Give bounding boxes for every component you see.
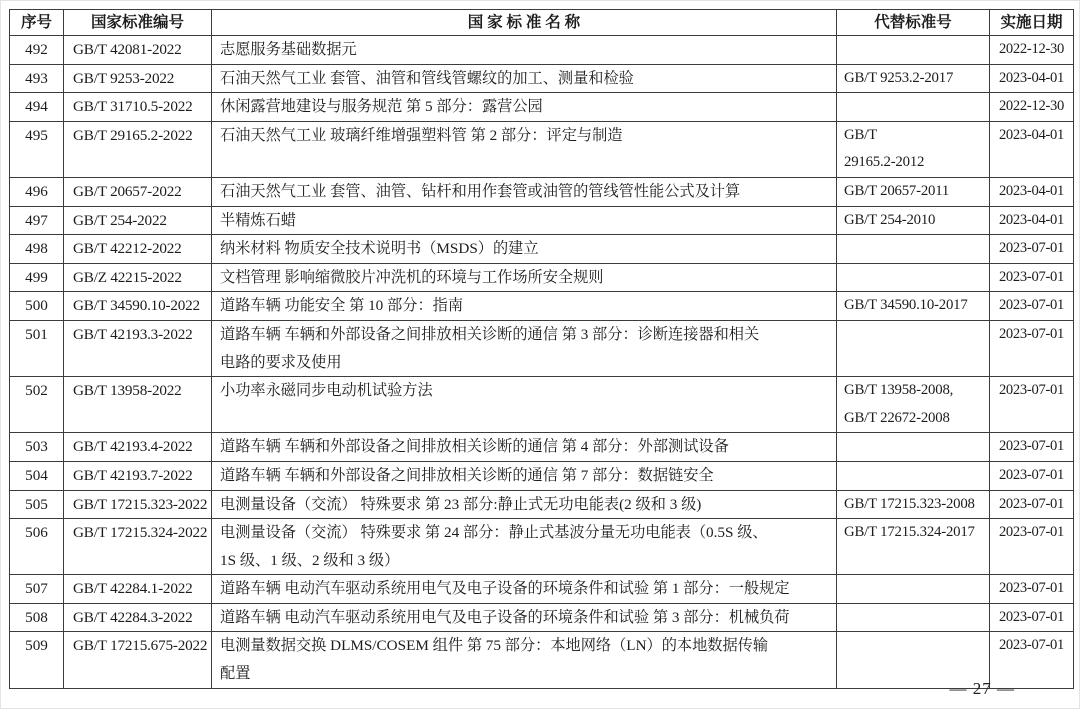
table-row: 495 GB/T 29165.2-2022 石油天然气工业 玻璃纤维增强塑料管 … <box>10 121 1074 177</box>
cell-implementation-date: 2022-12-30 <box>990 93 1074 122</box>
table-row: 493 GB/T 9253-2022 石油天然气工业 套管、油管和管线管螺纹的加… <box>10 64 1074 93</box>
cell-replaced-standard: GB/T 29165.2-2012 <box>837 121 990 177</box>
cell-standard-name: 道路车辆 电动汽车驱动系统用电气及电子设备的环境条件和试验 第 3 部分：机械负… <box>212 603 837 632</box>
cell-replaced-standard <box>837 433 990 462</box>
cell-serial-number: 493 <box>10 64 64 93</box>
cell-implementation-date: 2023-07-01 <box>990 292 1074 321</box>
cell-standard-name: 志愿服务基础数据元 <box>212 36 837 65</box>
cell-implementation-date: 2023-04-01 <box>990 64 1074 93</box>
cell-standard-name: 小功率永磁同步电动机试验方法 <box>212 377 837 433</box>
cell-standard-name: 道路车辆 车辆和外部设备之间排放相关诊断的通信 第 7 部分：数据链安全 <box>212 461 837 490</box>
cell-serial-number: 492 <box>10 36 64 65</box>
table-row: 496 GB/T 20657-2022 石油天然气工业 套管、油管、钻杆和用作套… <box>10 177 1074 206</box>
cell-serial-number: 495 <box>10 121 64 177</box>
table-row: 498 GB/T 42212-2022 纳米材料 物质安全技术说明书（MSDS）… <box>10 235 1074 264</box>
cell-standard-name: 道路车辆 功能安全 第 10 部分：指南 <box>212 292 837 321</box>
cell-standard-name: 半精炼石蜡 <box>212 206 837 235</box>
cell-serial-number: 500 <box>10 292 64 321</box>
cell-implementation-date: 2022-12-30 <box>990 36 1074 65</box>
page-number: — 27 — <box>950 679 1016 699</box>
cell-standard-name: 石油天然气工业 套管、油管和管线管螺纹的加工、测量和检验 <box>212 64 837 93</box>
cell-serial-number: 499 <box>10 263 64 292</box>
cell-replaced-standard: GB/T 13958-2008, GB/T 22672-2008 <box>837 377 990 433</box>
cell-replaced-standard <box>837 93 990 122</box>
cell-serial-number: 497 <box>10 206 64 235</box>
col-header-standard-name: 国 家 标 准 名 称 <box>212 10 837 36</box>
cell-standard-name: 休闲露营地建设与服务规范 第 5 部分：露营公园 <box>212 93 837 122</box>
cell-standard-name: 道路车辆 车辆和外部设备之间排放相关诊断的通信 第 4 部分：外部测试设备 <box>212 433 837 462</box>
table-body: 492 GB/T 42081-2022 志愿服务基础数据元 2022-12-30… <box>10 36 1074 689</box>
cell-implementation-date: 2023-07-01 <box>990 377 1074 433</box>
cell-serial-number: 507 <box>10 575 64 604</box>
cell-standard-name: 石油天然气工业 玻璃纤维增强塑料管 第 2 部分：评定与制造 <box>212 121 837 177</box>
cell-standard-name: 道路车辆 车辆和外部设备之间排放相关诊断的通信 第 3 部分：诊断连接器和相关 … <box>212 320 837 376</box>
cell-implementation-date: 2023-07-01 <box>990 263 1074 292</box>
cell-replaced-standard: GB/T 17215.324-2017 <box>837 519 990 575</box>
cell-implementation-date: 2023-04-01 <box>990 121 1074 177</box>
cell-replaced-standard: GB/T 254-2010 <box>837 206 990 235</box>
cell-standard-code: GB/T 13958-2022 <box>64 377 212 433</box>
table-row: 505 GB/T 17215.323-2022 电测量设备（交流） 特殊要求 第… <box>10 490 1074 519</box>
cell-standard-code: GB/T 42081-2022 <box>64 36 212 65</box>
cell-standard-name: 电测量设备（交流） 特殊要求 第 24 部分：静止式基波分量无功电能表（0.5S… <box>212 519 837 575</box>
cell-replaced-standard: GB/T 9253.2-2017 <box>837 64 990 93</box>
cell-implementation-date: 2023-04-01 <box>990 206 1074 235</box>
cell-standard-code: GB/T 29165.2-2022 <box>64 121 212 177</box>
table-row: 502 GB/T 13958-2022 小功率永磁同步电动机试验方法 GB/T … <box>10 377 1074 433</box>
cell-implementation-date: 2023-07-01 <box>990 490 1074 519</box>
table-row: 500 GB/T 34590.10-2022 道路车辆 功能安全 第 10 部分… <box>10 292 1074 321</box>
cell-standard-name: 石油天然气工业 套管、油管、钻杆和用作套管或油管的管线管性能公式及计算 <box>212 177 837 206</box>
cell-standard-name: 纳米材料 物质安全技术说明书（MSDS）的建立 <box>212 235 837 264</box>
col-header-replaced-code: 代替标准号 <box>837 10 990 36</box>
cell-implementation-date: 2023-07-01 <box>990 519 1074 575</box>
cell-replaced-standard <box>837 575 990 604</box>
cell-serial-number: 498 <box>10 235 64 264</box>
document-page: 序号 国家标准编号 国 家 标 准 名 称 代替标准号 实施日期 492 GB/… <box>0 0 1080 709</box>
cell-standard-code: GB/T 31710.5-2022 <box>64 93 212 122</box>
cell-serial-number: 505 <box>10 490 64 519</box>
cell-standard-code: GB/T 9253-2022 <box>64 64 212 93</box>
standards-table: 序号 国家标准编号 国 家 标 准 名 称 代替标准号 实施日期 492 GB/… <box>9 9 1074 689</box>
cell-replaced-standard <box>837 263 990 292</box>
cell-standard-code: GB/T 254-2022 <box>64 206 212 235</box>
cell-serial-number: 494 <box>10 93 64 122</box>
table-row: 508 GB/T 42284.3-2022 道路车辆 电动汽车驱动系统用电气及电… <box>10 603 1074 632</box>
cell-replaced-standard: GB/T 20657-2011 <box>837 177 990 206</box>
table-row: 501 GB/T 42193.3-2022 道路车辆 车辆和外部设备之间排放相关… <box>10 320 1074 376</box>
cell-serial-number: 503 <box>10 433 64 462</box>
cell-implementation-date: 2023-07-01 <box>990 235 1074 264</box>
cell-implementation-date: 2023-07-01 <box>990 461 1074 490</box>
table-row: 499 GB/Z 42215-2022 文档管理 影响缩微胶片冲洗机的环境与工作… <box>10 263 1074 292</box>
cell-serial-number: 506 <box>10 519 64 575</box>
table-row: 507 GB/T 42284.1-2022 道路车辆 电动汽车驱动系统用电气及电… <box>10 575 1074 604</box>
cell-standard-code: GB/T 42193.3-2022 <box>64 320 212 376</box>
table-row: 492 GB/T 42081-2022 志愿服务基础数据元 2022-12-30 <box>10 36 1074 65</box>
cell-replaced-standard <box>837 461 990 490</box>
cell-standard-code: GB/T 42193.4-2022 <box>64 433 212 462</box>
cell-standard-code: GB/T 20657-2022 <box>64 177 212 206</box>
cell-serial-number: 509 <box>10 632 64 688</box>
col-header-serial: 序号 <box>10 10 64 36</box>
table-row: 497 GB/T 254-2022 半精炼石蜡 GB/T 254-2010 20… <box>10 206 1074 235</box>
cell-standard-code: GB/T 17215.323-2022 <box>64 490 212 519</box>
cell-standard-code: GB/Z 42215-2022 <box>64 263 212 292</box>
cell-replaced-standard: GB/T 34590.10-2017 <box>837 292 990 321</box>
table-row: 509 GB/T 17215.675-2022 电测量数据交换 DLMS/COS… <box>10 632 1074 688</box>
cell-standard-code: GB/T 34590.10-2022 <box>64 292 212 321</box>
cell-serial-number: 504 <box>10 461 64 490</box>
cell-standard-code: GB/T 42193.7-2022 <box>64 461 212 490</box>
cell-standard-name: 电测量数据交换 DLMS/COSEM 组件 第 75 部分：本地网络（LN）的本… <box>212 632 837 688</box>
cell-standard-name: 道路车辆 电动汽车驱动系统用电气及电子设备的环境条件和试验 第 1 部分：一般规… <box>212 575 837 604</box>
cell-replaced-standard: GB/T 17215.323-2008 <box>837 490 990 519</box>
cell-standard-code: GB/T 42212-2022 <box>64 235 212 264</box>
cell-standard-code: GB/T 42284.1-2022 <box>64 575 212 604</box>
cell-serial-number: 502 <box>10 377 64 433</box>
table-row: 503 GB/T 42193.4-2022 道路车辆 车辆和外部设备之间排放相关… <box>10 433 1074 462</box>
cell-replaced-standard <box>837 235 990 264</box>
table-row: 494 GB/T 31710.5-2022 休闲露营地建设与服务规范 第 5 部… <box>10 93 1074 122</box>
col-header-impl-date: 实施日期 <box>990 10 1074 36</box>
cell-replaced-standard <box>837 603 990 632</box>
cell-serial-number: 508 <box>10 603 64 632</box>
cell-serial-number: 501 <box>10 320 64 376</box>
table-header-row: 序号 国家标准编号 国 家 标 准 名 称 代替标准号 实施日期 <box>10 10 1074 36</box>
cell-implementation-date: 2023-07-01 <box>990 433 1074 462</box>
cell-implementation-date: 2023-07-01 <box>990 320 1074 376</box>
cell-replaced-standard <box>837 320 990 376</box>
cell-standard-code: GB/T 42284.3-2022 <box>64 603 212 632</box>
cell-standard-name: 电测量设备（交流） 特殊要求 第 23 部分:静止式无功电能表(2 级和 3 级… <box>212 490 837 519</box>
cell-standard-name: 文档管理 影响缩微胶片冲洗机的环境与工作场所安全规则 <box>212 263 837 292</box>
cell-serial-number: 496 <box>10 177 64 206</box>
table-row: 504 GB/T 42193.7-2022 道路车辆 车辆和外部设备之间排放相关… <box>10 461 1074 490</box>
cell-replaced-standard <box>837 36 990 65</box>
cell-standard-code: GB/T 17215.675-2022 <box>64 632 212 688</box>
col-header-standard-code: 国家标准编号 <box>64 10 212 36</box>
table-row: 506 GB/T 17215.324-2022 电测量设备（交流） 特殊要求 第… <box>10 519 1074 575</box>
cell-implementation-date: 2023-04-01 <box>990 177 1074 206</box>
cell-standard-code: GB/T 17215.324-2022 <box>64 519 212 575</box>
cell-implementation-date: 2023-07-01 <box>990 575 1074 604</box>
cell-implementation-date: 2023-07-01 <box>990 603 1074 632</box>
